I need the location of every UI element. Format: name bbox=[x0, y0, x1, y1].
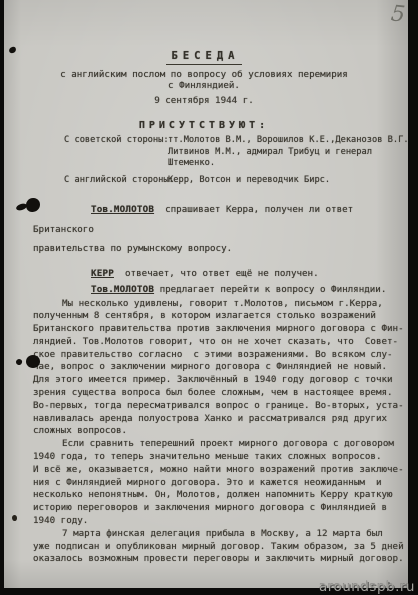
document-title: БЕСЕДА bbox=[166, 50, 243, 65]
scan-edge-right bbox=[408, 0, 418, 595]
attendees-list: С советской стороны:тт.Молотов В.М., Вор… bbox=[64, 135, 412, 186]
attendee-row: С советской стороны:тт.Молотов В.М., Вор… bbox=[64, 135, 412, 170]
attendee-names: Керр, Вотсон и переводчик Бирс. bbox=[168, 175, 412, 187]
attendee-names: тт.Молотов В.М., Ворошилов К.Е.,Деканозо… bbox=[168, 135, 412, 170]
document-date: 9 сентября 1944 г. bbox=[0, 95, 408, 106]
paragraph: Если сравнить теперешний проект мирного … bbox=[33, 438, 411, 528]
speaker-name: Тов.МОЛОТОВ bbox=[91, 204, 154, 215]
ink-blot bbox=[15, 358, 23, 366]
paragraph: Мы несколько удивлены, говорит т.Молотов… bbox=[33, 298, 411, 439]
speaker-name: Тов.МОЛОТОВ bbox=[91, 284, 154, 295]
ink-blot bbox=[12, 515, 17, 521]
paragraph: КЕРР отвечает, что ответ ещё не получен. bbox=[33, 266, 411, 282]
title-row: БЕСЕДА bbox=[0, 44, 408, 65]
scan-edge-left bbox=[0, 0, 4, 595]
dialogue-text: Тов.МОЛОТОВ спрашивает Керра, получен ли… bbox=[33, 200, 411, 566]
paragraph: Тов.МОЛОТОВ спрашивает Керра, получен ли… bbox=[33, 200, 411, 259]
present-heading: ПРИСУТСТВУЮТ: bbox=[0, 120, 408, 131]
handwritten-page-number: 5 bbox=[390, 1, 407, 27]
ink-blot bbox=[15, 202, 27, 211]
paragraph: Тов.МОЛОТОВ предлагает перейти к вопросу… bbox=[33, 282, 411, 298]
watermark: aroundspb.ru bbox=[319, 579, 415, 595]
ink-blot bbox=[26, 355, 40, 368]
document-header: БЕСЕДА с английским послом по вопросу об… bbox=[0, 44, 408, 131]
scanned-document-page: 5 БЕСЕДА с английским послом по вопросу … bbox=[0, 0, 418, 595]
attendee-side-label: С советской стороны: bbox=[64, 135, 168, 170]
speaker-name: КЕРР bbox=[91, 268, 114, 279]
paragraph: 7 марта финская делегация прибыла в Моск… bbox=[33, 528, 411, 566]
document-subtitle-line-1: с английским послом по вопросу об услови… bbox=[0, 70, 408, 81]
document-subtitle-line-2: с Финляндией. bbox=[0, 81, 408, 92]
attendee-row: С английской стороны:Керр, Вотсон и пере… bbox=[64, 175, 412, 187]
attendee-side-label: С английской стороны: bbox=[64, 175, 168, 187]
